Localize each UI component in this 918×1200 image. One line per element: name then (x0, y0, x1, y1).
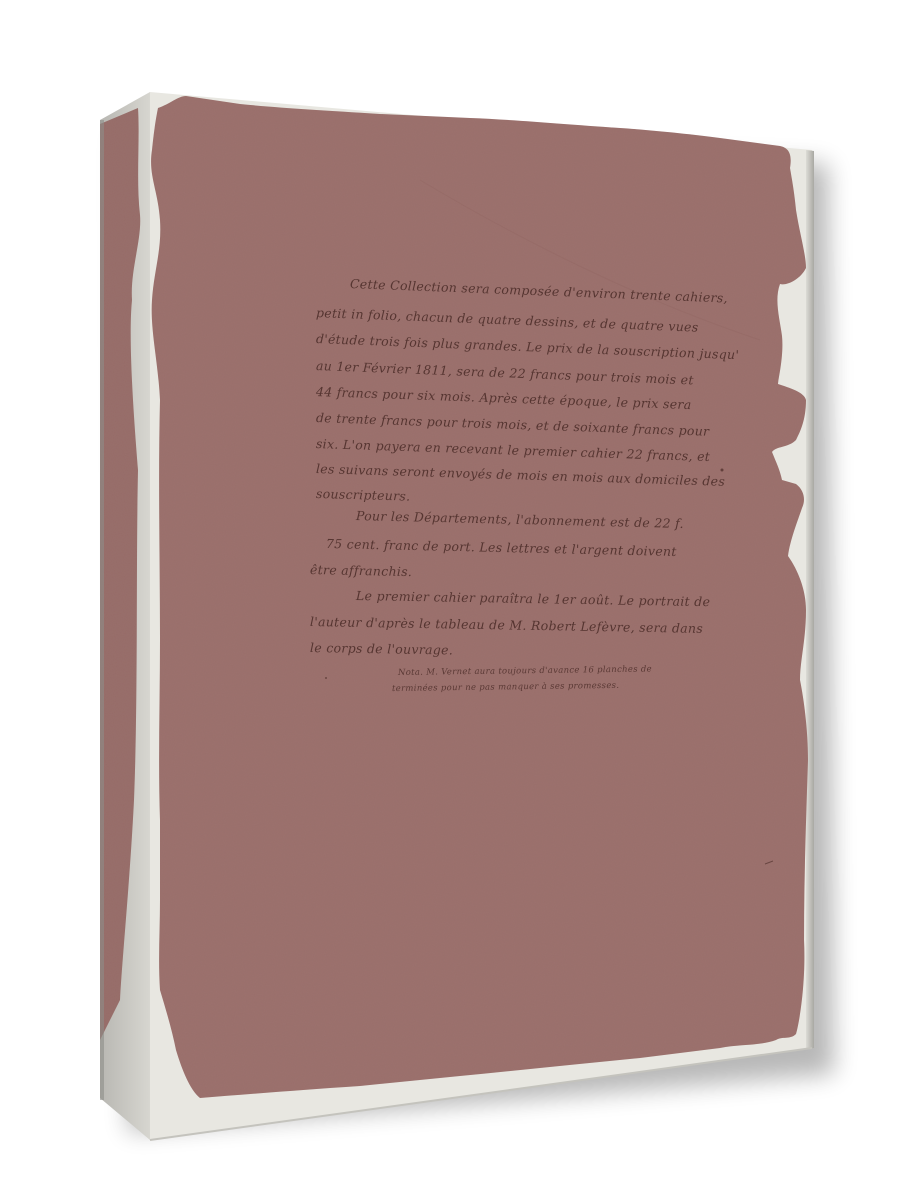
canvas-print-scene: Cette Collection sera composée d'environ… (0, 0, 918, 1200)
torn-paper-sheet (151, 96, 808, 1098)
canvas-left-side (100, 92, 150, 1140)
canvas-print-artwork (0, 0, 918, 1200)
